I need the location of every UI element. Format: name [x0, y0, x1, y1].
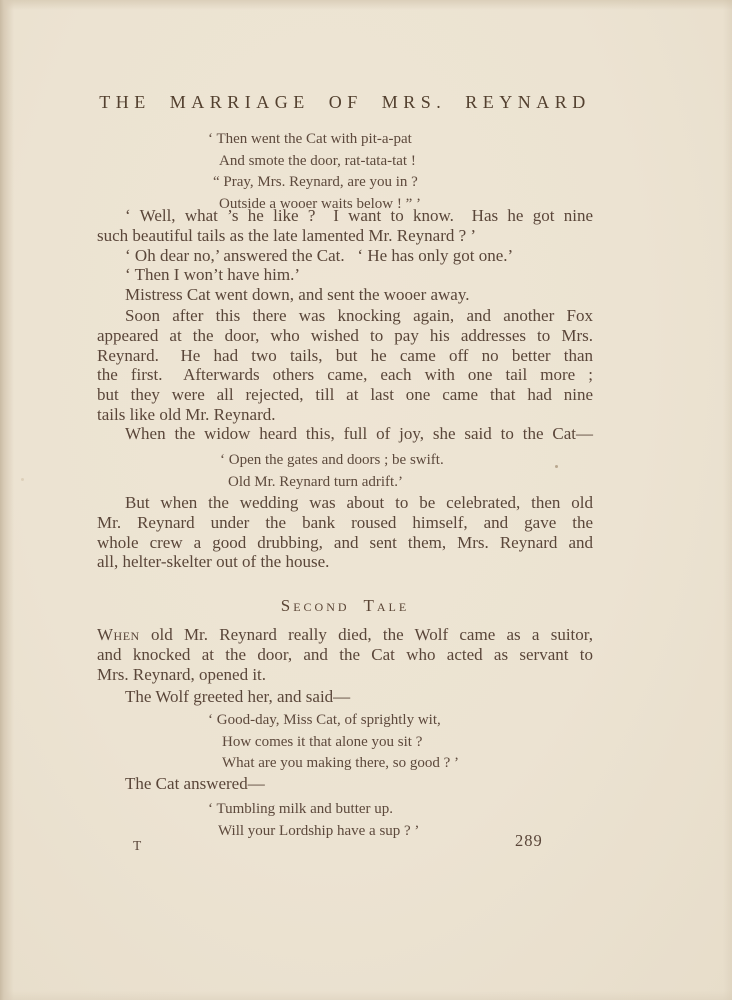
text-line: and knocked at the door, and the Cat who…	[97, 645, 593, 665]
text-line: Reynard. He had two tails, but he came o…	[97, 346, 593, 366]
text-line: The Cat answered—	[97, 774, 593, 794]
text-line: ‘ Then I won’t have him.’	[97, 265, 593, 285]
paper-speck	[555, 465, 558, 468]
text-line: the first. Afterwards others came, each …	[97, 365, 593, 385]
text-line: appeared at the door, who wished to pay …	[97, 326, 593, 346]
verse-line: ‘ Good-day, Miss Cat, of sprightly wit,	[208, 710, 548, 732]
lead-word-smallcaps: When	[97, 625, 140, 644]
paragraph-second-tale: When old Mr. Reynard really died, the Wo…	[97, 625, 593, 684]
section-heading: Second Tale	[97, 596, 593, 616]
paragraph-wolf-greeting: The Wolf greeted her, and said—	[97, 687, 593, 707]
text-line: whole crew a good drubbing, and sent the…	[97, 533, 593, 553]
text-line: When the widow heard this, full of joy, …	[97, 424, 593, 444]
verse-line: What are you making there, so good ? ’	[222, 753, 548, 775]
paragraph-suitors: Soon after this there was knocking again…	[97, 306, 593, 425]
verse-line: ‘ Tumbling milk and butter up.	[208, 799, 538, 821]
text-line: Mistress Cat went down, and sent the woo…	[97, 285, 593, 305]
page-title: THE MARRIAGE OF MRS. REYNARD	[97, 92, 593, 113]
text-line: but they were all rejected, till at last…	[97, 385, 593, 405]
opening-verse: ‘ Then went the Cat with pit-a-pat And s…	[208, 129, 568, 216]
text-line: Mr. Reynard under the bank roused himsel…	[97, 513, 593, 533]
text-line: such beautiful tails as the late lamente…	[97, 226, 593, 246]
text-line: Mrs. Reynard, opened it.	[97, 665, 593, 685]
gates-verse: ‘ Open the gates and doors ; be swift. O…	[220, 450, 550, 493]
paragraph-dialogue: ‘ Well, what ’s he like ? I want to know…	[97, 206, 593, 305]
verse-line: Old Mr. Reynard turn adrift.’	[228, 472, 550, 494]
goodday-verse: ‘ Good-day, Miss Cat, of sprightly wit, …	[208, 710, 548, 775]
text-line: all, helter-skelter out of the house.	[97, 552, 593, 572]
book-page: THE MARRIAGE OF MRS. REYNARD ‘ Then went…	[0, 0, 732, 1000]
text-line: ‘ Well, what ’s he like ? I want to know…	[97, 206, 593, 226]
verse-line: ‘ Then went the Cat with pit-a-pat	[208, 129, 568, 151]
text-line: Soon after this there was knocking again…	[97, 306, 593, 326]
paragraph-wedding: But when the wedding was about to be cel…	[97, 493, 593, 572]
paragraph-widow: When the widow heard this, full of joy, …	[97, 424, 593, 444]
page-number: 289	[515, 831, 543, 851]
verse-line: How comes it that alone you sit ?	[222, 732, 548, 754]
paper-speck	[21, 478, 24, 481]
text-line: ‘ Oh dear no,’ answered the Cat. ‘ He ha…	[97, 246, 593, 266]
text-line: But when the wedding was about to be cel…	[97, 493, 593, 513]
verse-line: And smote the door, rat-tata-tat !	[219, 151, 568, 173]
paper-speck	[429, 545, 431, 548]
signature-mark: T	[133, 838, 141, 854]
paragraph-cat-answer: The Cat answered—	[97, 774, 593, 794]
text-line: When old Mr. Reynard really died, the Wo…	[97, 625, 593, 645]
page-footer: T 289	[97, 831, 593, 855]
text-line: tails like old Mr. Reynard.	[97, 405, 593, 425]
text-line: The Wolf greeted her, and said—	[97, 687, 593, 707]
verse-line: ‘ Open the gates and doors ; be swift.	[220, 450, 550, 472]
verse-line: “ Pray, Mrs. Reynard, are you in ?	[213, 172, 568, 194]
text-line-rest: old Mr. Reynard really died, the Wolf ca…	[140, 625, 593, 644]
